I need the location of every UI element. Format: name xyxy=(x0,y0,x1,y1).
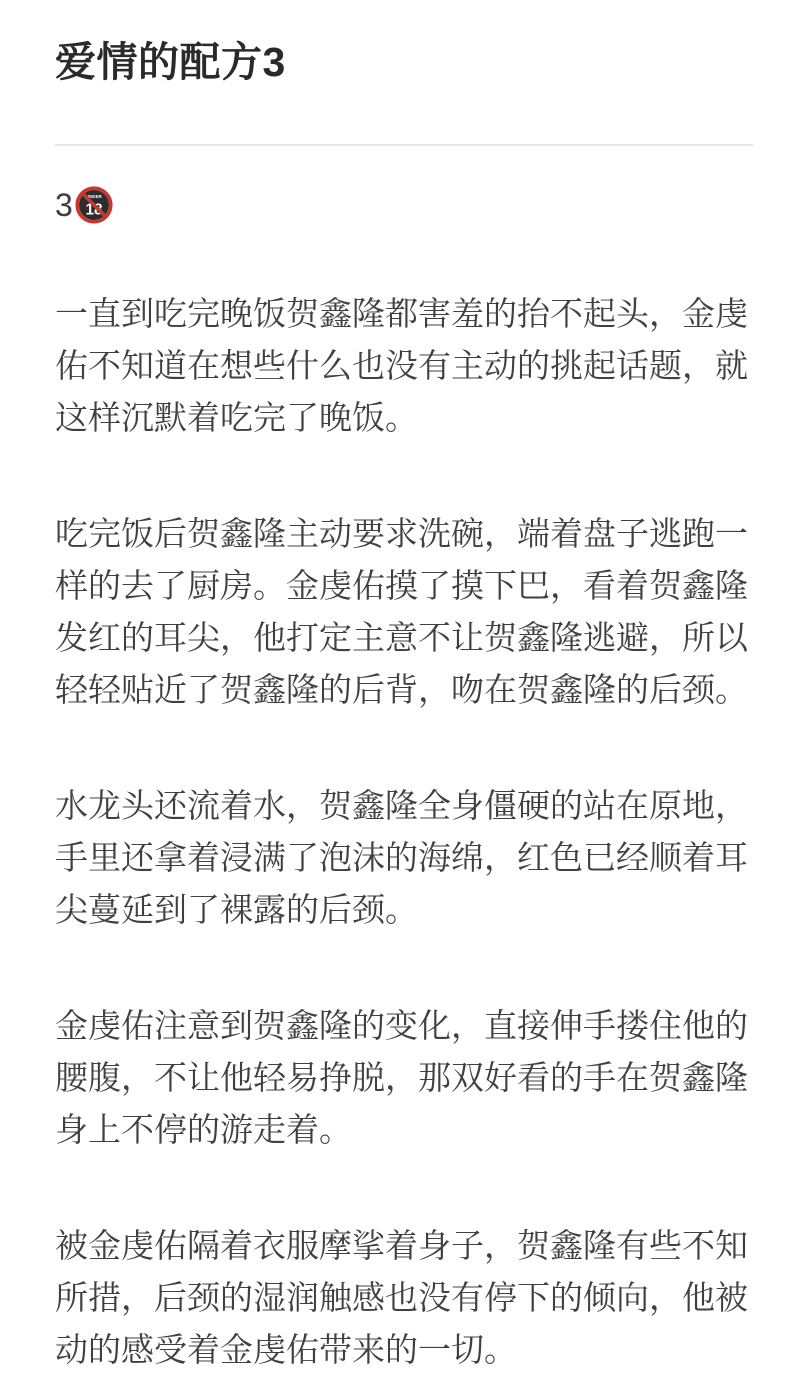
chapter-number: 3 xyxy=(55,186,73,224)
page-title: 爱情的配方3 xyxy=(55,38,753,87)
chapter-meta-row: 3 UNDER 18 xyxy=(55,186,753,224)
paragraph: 吃完饭后贺鑫隆主动要求洗碗，端着盘子逃跑一样的去了厨房。金虔佑摸了摸下巴，看着贺… xyxy=(55,508,753,716)
under-18-icon: UNDER 18 xyxy=(75,186,113,224)
novel-page: 爱情的配方3 3 UNDER 18 一直到吃完晚饭贺鑫隆都害羞的抬不起头，金虔佑… xyxy=(0,0,800,1396)
divider xyxy=(55,144,753,146)
paragraph: 水龙头还流着水，贺鑫隆全身僵硬的站在原地，手里还拿着浸满了泡沫的海绵，红色已经顺… xyxy=(55,780,753,936)
paragraph: 被金虔佑隔着衣服摩挲着身子，贺鑫隆有些不知所措，后颈的湿润触感也没有停下的倾向，… xyxy=(55,1220,753,1376)
paragraph: 一直到吃完晚饭贺鑫隆都害羞的抬不起头，金虔佑不知道在想些什么也没有主动的挑起话题… xyxy=(55,288,753,444)
paragraph: 金虔佑注意到贺鑫隆的变化，直接伸手搂住他的腰腹，不让他轻易挣脱，那双好看的手在贺… xyxy=(55,1000,753,1156)
